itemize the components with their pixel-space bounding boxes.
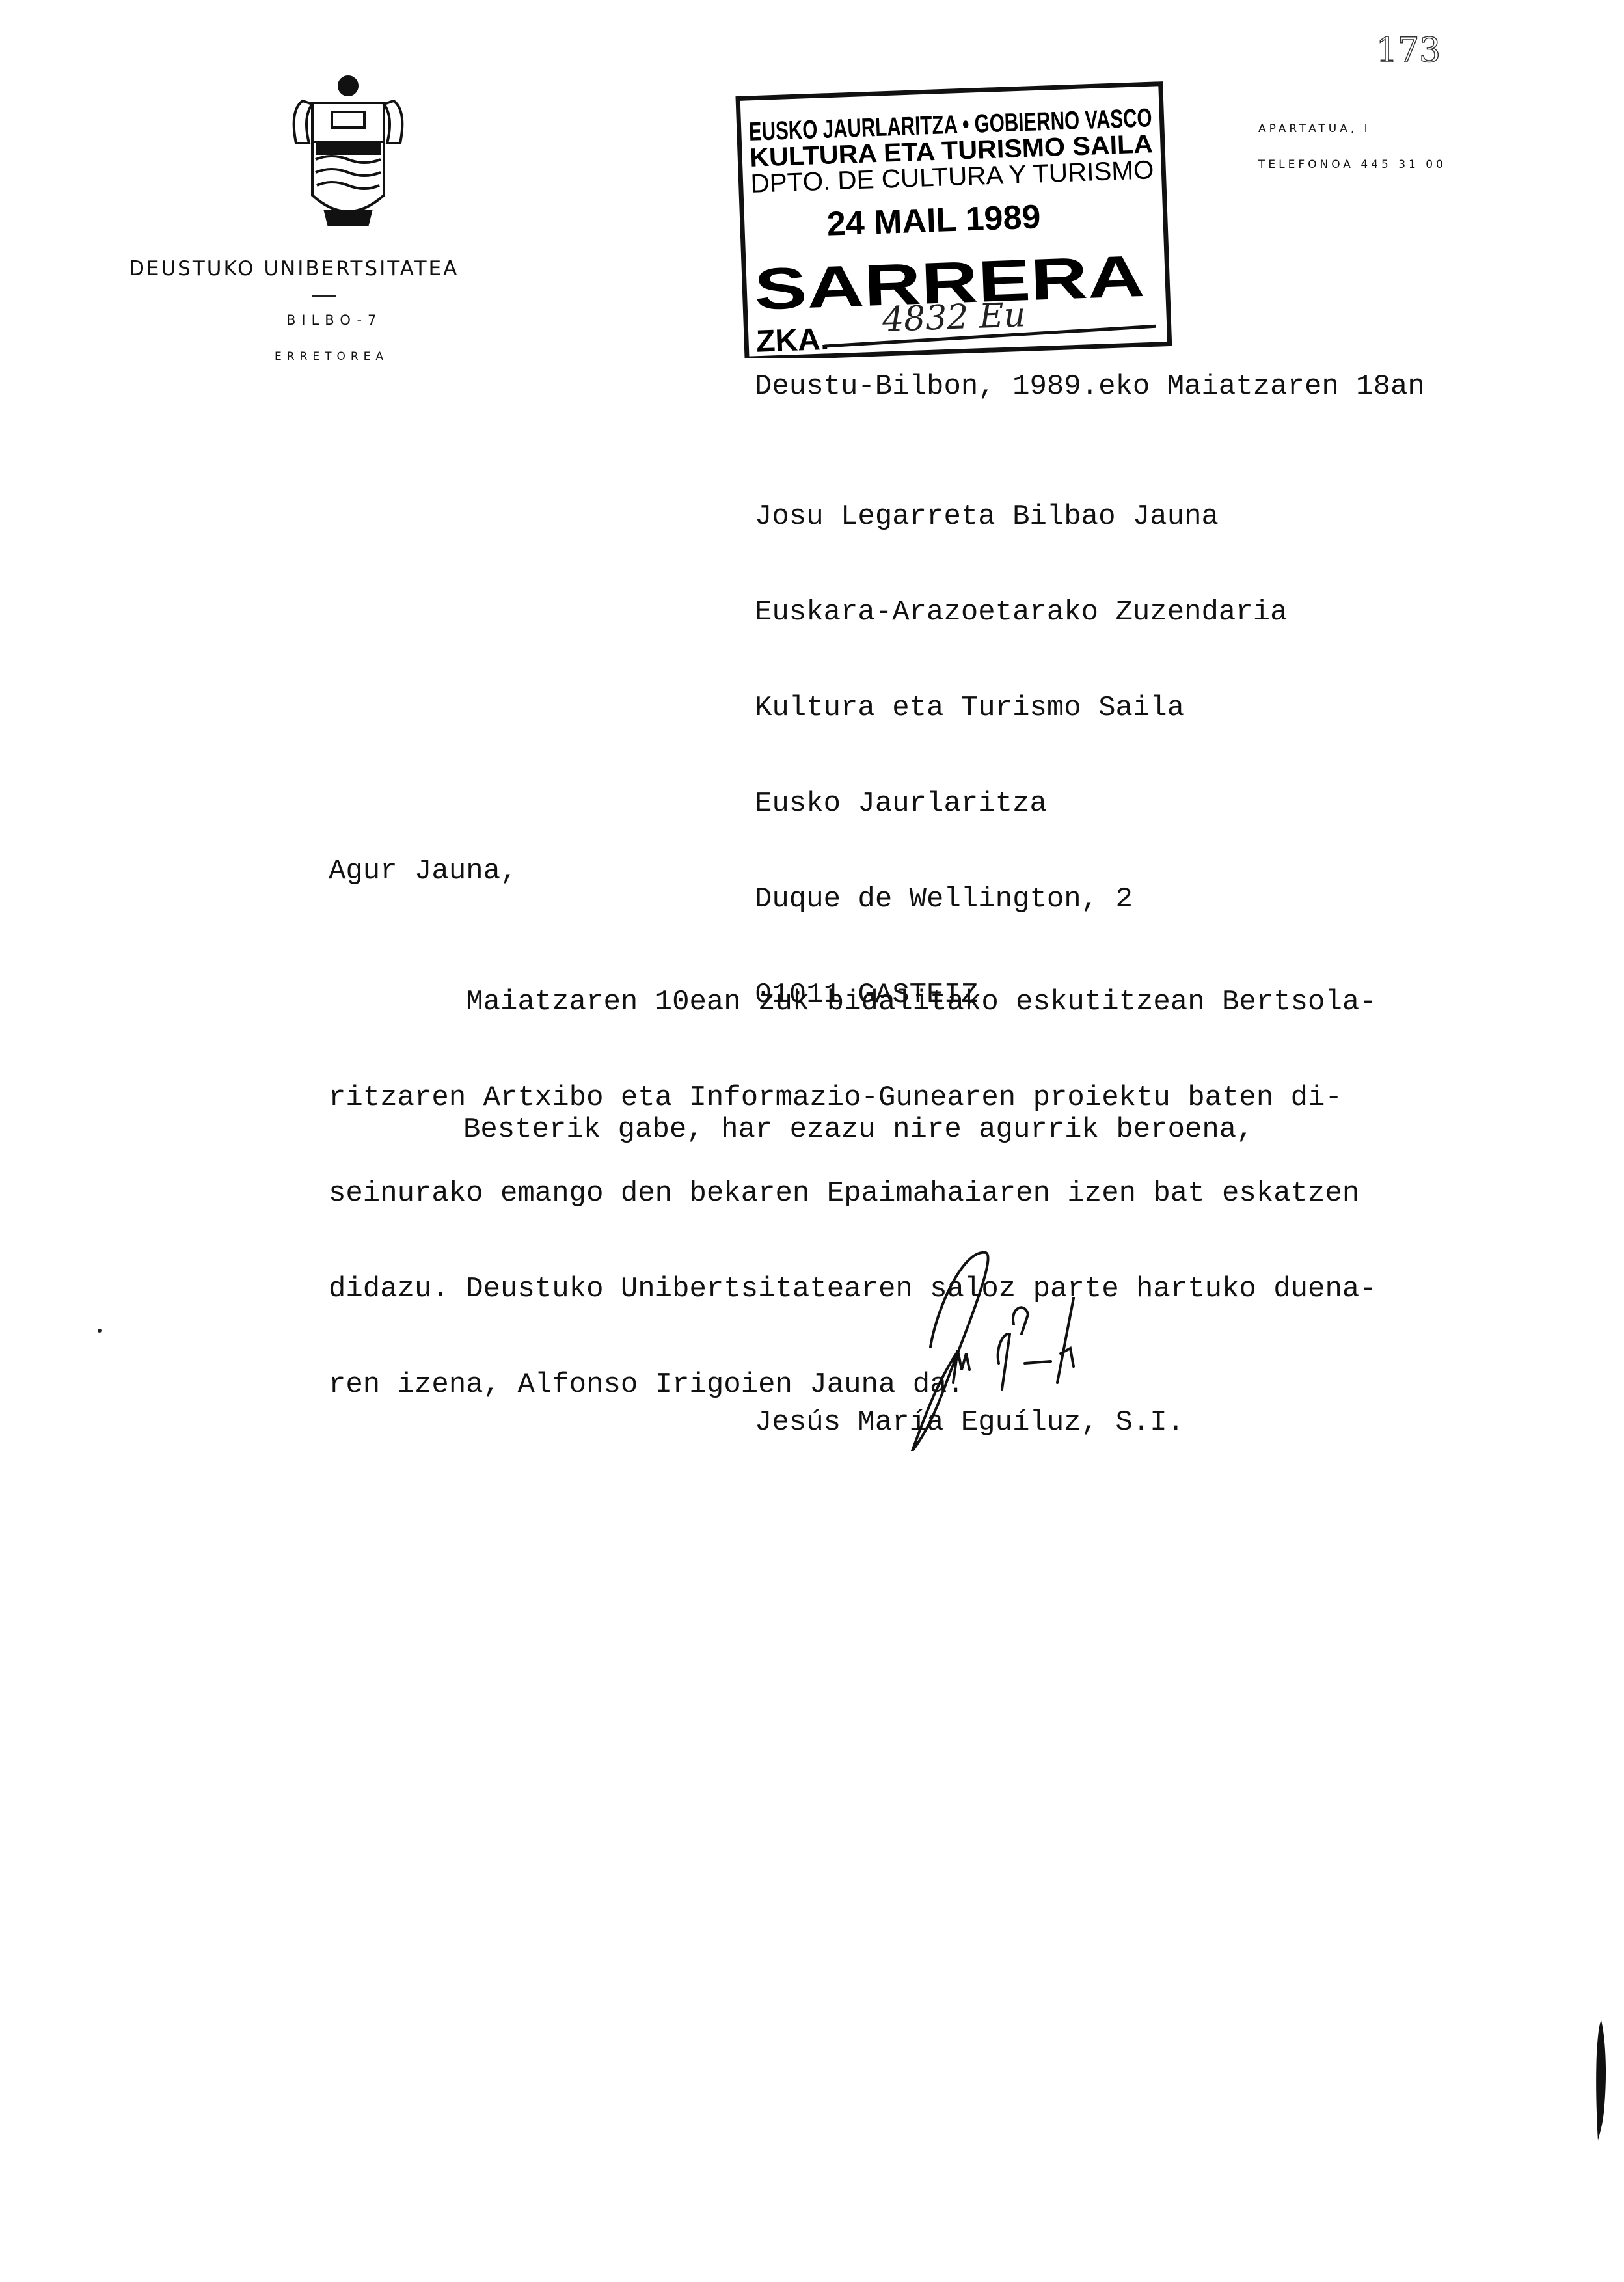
recipient-line: Kultura eta Turismo Saila [755, 692, 1288, 724]
svg-text:24 MAIL 1989: 24 MAIL 1989 [826, 198, 1041, 243]
scan-edge-mark [1593, 2014, 1610, 2144]
greeting: Agur Jauna, [329, 856, 517, 888]
recipient-line: Duque de Wellington, 2 [755, 884, 1288, 916]
phone-number: 445 31 00 [1360, 158, 1446, 171]
body-line: seinurako emango den bekaren Epaimahaiar… [329, 1178, 1377, 1210]
institution-name: DEUSTUKO UNIBERTSITATEA [129, 257, 459, 280]
body-line: ritzaren Artxibo eta Informazio-Gunearen… [329, 1082, 1377, 1114]
recipient-line: Eusko Jaurlaritza [755, 788, 1288, 820]
svg-text:4832 Eu: 4832 Eu [881, 295, 1026, 340]
svg-text:173: 173 [1376, 31, 1441, 70]
svg-text:ZKA.: ZKA. [755, 322, 830, 358]
postal-address: APARTATUA, I [1258, 122, 1371, 135]
phone-label: TELEFONOA [1258, 158, 1354, 171]
university-coat-of-arms-icon [277, 72, 420, 234]
recipient-line: Euskara-Arazoetarako Zuzendaria [755, 597, 1288, 629]
closing-line: Besterik gabe, har ezazu nire agurrik be… [463, 1114, 1254, 1146]
institution-city: BILBO-7 [286, 312, 382, 328]
body-line: Maiatzaren 10ean zuk bidalitako eskutitz… [329, 986, 1377, 1018]
letterhead-divider [312, 295, 336, 297]
letter-date: Deustu-Bilbon, 1989.eko Maiatzaren 18an [755, 371, 1425, 403]
institution-office: ERRETOREA [275, 350, 388, 363]
handwritten-folio-number: 173 [1370, 26, 1448, 72]
reception-stamp: EUSKO JAURLARITZA • GOBIERNO VASCO KULTU… [729, 52, 1178, 358]
phone-line: TELEFONOA 445 31 00 [1258, 158, 1446, 171]
scan-speck [98, 1329, 101, 1333]
signer-name: Jesús María Eguíluz, S.I. [755, 1407, 1184, 1439]
recipient-line: Josu Legarreta Bilbao Jauna [755, 501, 1288, 533]
